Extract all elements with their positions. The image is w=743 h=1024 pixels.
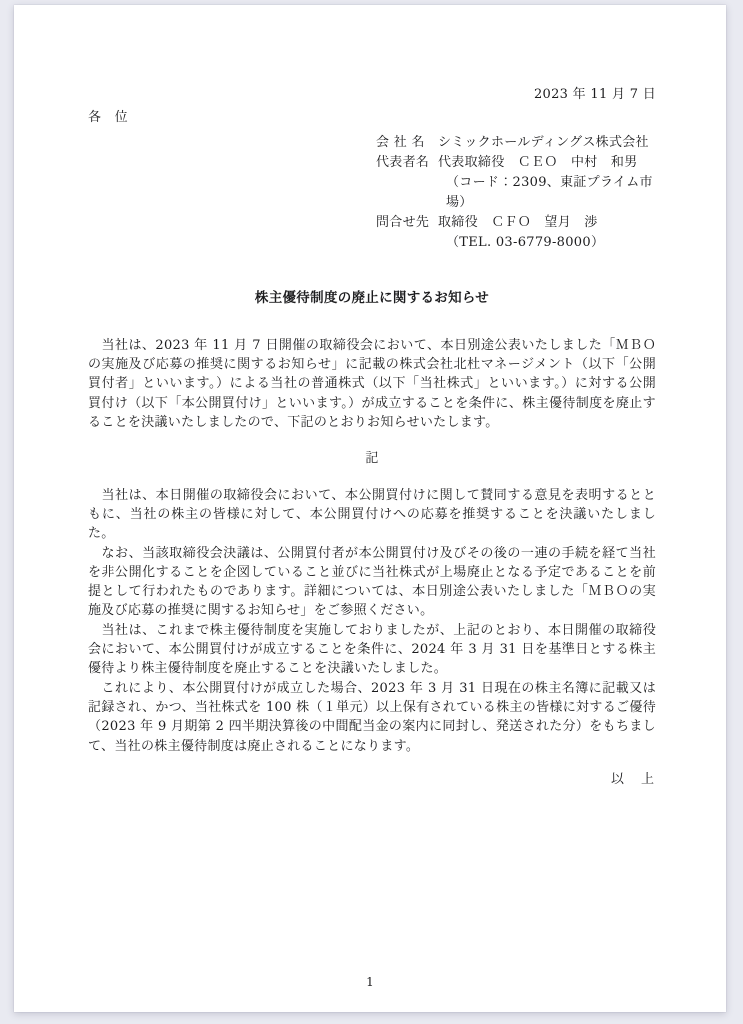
body-paragraph: 当社は、これまで株主優待制度を実施しておりましたが、上記のとおり、本日開催の取締…	[88, 621, 656, 679]
company-info-label: 会 社 名	[376, 133, 438, 153]
company-info-label	[376, 233, 438, 253]
company-info-value: シミックホールディングス株式会社	[438, 133, 656, 153]
company-info-row: 会 社 名 シミックホールディングス株式会社	[376, 133, 656, 153]
company-info-label: 問合せ先	[376, 213, 438, 233]
document-title: 株主優待制度の廃止に関するお知らせ	[88, 289, 656, 308]
page-number: 1	[14, 975, 726, 989]
company-info-row: 問合せ先 取締役 ＣＦＯ 望月 渉	[376, 213, 656, 233]
company-info-value: （TEL. 03-6779-8000）	[438, 233, 656, 253]
document-content: 2023 年 11 月 7 日 各 位 会 社 名 シミックホールディングス株式…	[88, 5, 656, 789]
company-info-label: 代表者名	[376, 153, 438, 173]
company-info-row: （コード：2309、東証プライム市場）	[376, 173, 656, 213]
company-info-value: （コード：2309、東証プライム市場）	[438, 173, 656, 213]
addressee: 各 位	[88, 108, 656, 127]
body-paragraph: なお、当該取締役会決議は、公開買付者が本公開買付け及びその後の一連の手続を経て当…	[88, 544, 656, 621]
body-paragraph: 当社は、本日開催の取締役会において、本公開買付けに関して賛同する意見を表明すると…	[88, 486, 656, 544]
company-info-block: 会 社 名 シミックホールディングス株式会社 代表者名 代表取締役 ＣＥＯ 中村…	[376, 133, 656, 253]
company-info-value: 代表取締役 ＣＥＯ 中村 和男	[438, 153, 656, 173]
company-info-row: 代表者名 代表取締役 ＣＥＯ 中村 和男	[376, 153, 656, 173]
company-info-value: 取締役 ＣＦＯ 望月 渉	[438, 213, 656, 233]
document-date: 2023 年 11 月 7 日	[88, 85, 656, 104]
closing-mark: 以 上	[88, 770, 656, 789]
body-paragraph: これにより、本公開買付けが成立した場合、2023 年 3 月 31 日現在の株主…	[88, 679, 656, 756]
record-marker: 記	[88, 449, 656, 468]
company-info-label	[376, 173, 438, 213]
lead-paragraph: 当社は、2023 年 11 月 7 日開催の取締役会において、本日別途公表いたし…	[88, 336, 656, 432]
document-page: 2023 年 11 月 7 日 各 位 会 社 名 シミックホールディングス株式…	[14, 5, 726, 1012]
body-paragraphs: 当社は、本日開催の取締役会において、本公開買付けに関して賛同する意見を表明すると…	[88, 486, 656, 756]
company-info-row: （TEL. 03-6779-8000）	[376, 233, 656, 253]
